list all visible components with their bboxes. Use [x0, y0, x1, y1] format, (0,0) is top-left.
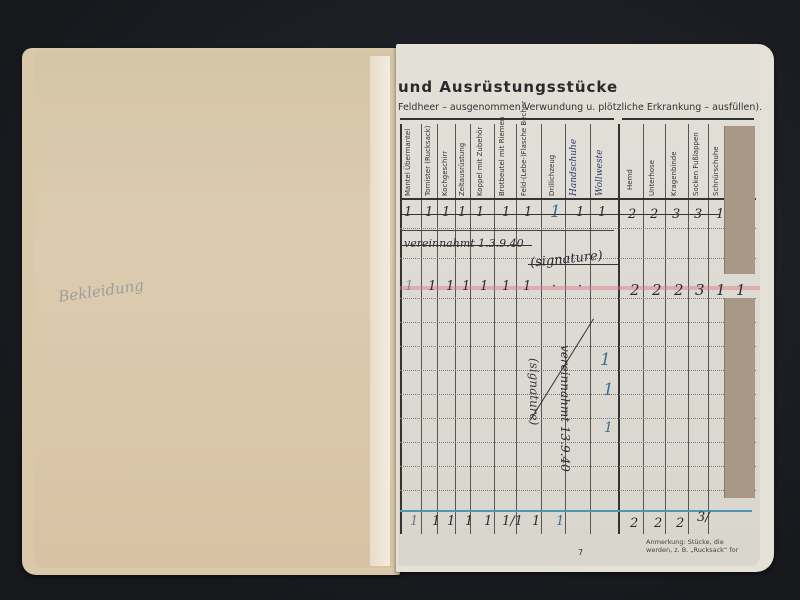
grid-row-line [400, 490, 756, 491]
grid-col [618, 124, 620, 534]
grid-row-line [400, 442, 756, 443]
ledger-row-2-note: vereinnahmt 1.3.9.40 [404, 237, 524, 250]
col-header: Brotbeutel mit Riemen [498, 128, 506, 196]
blue-mark: 1 [600, 350, 611, 370]
page-subtitle: Feldheer – ausgenommen Verwundung u. plö… [398, 102, 762, 113]
cell: · [552, 279, 556, 294]
col-header: Socken Fußlappen [692, 128, 700, 196]
col-header: Tornister (Rucksack) [424, 128, 432, 196]
cell: 1 [462, 279, 470, 294]
col-header: Schnürschuhe [712, 128, 720, 196]
grid-col [494, 124, 495, 534]
footnote: Anmerkung: Stücke, die werden, z. B. „Ru… [646, 538, 738, 554]
pasted-tab-lower [724, 298, 755, 498]
grid-row-line [400, 394, 756, 395]
cell: 3 [695, 281, 705, 299]
grid-col [565, 124, 566, 534]
cell: 2 [652, 281, 662, 299]
cell: 1 [523, 279, 531, 294]
cell: 1 [410, 514, 418, 529]
grid-col [590, 124, 591, 534]
cell: 1 [476, 205, 484, 220]
col-header-handwritten: Wollweste [596, 128, 604, 196]
strike-line [402, 245, 532, 246]
cell: 1 [484, 514, 492, 529]
col-header: Koppel mit Zubehör [476, 128, 484, 196]
cell: 2 [654, 516, 662, 531]
grid-col [643, 124, 644, 534]
page-number: 7 [578, 548, 583, 557]
cell: 1/1 [502, 514, 523, 529]
cell: · [578, 279, 582, 294]
left-page-edge [370, 56, 390, 566]
grid-col [455, 124, 456, 534]
strike-line [528, 264, 620, 265]
blue-mark: 1 [603, 380, 614, 400]
cell: 2 [630, 516, 638, 531]
cell: 1 [550, 202, 561, 222]
grid-col [688, 124, 689, 534]
cell: 1 [446, 279, 454, 294]
cell: 1 [432, 514, 440, 529]
cell: 1 [404, 205, 412, 220]
grid-row-line [400, 418, 756, 419]
grid-col [400, 124, 402, 534]
cell: 1 [428, 279, 436, 294]
col-header: Zeltausrüstung [458, 128, 466, 196]
pasted-tab-upper [724, 126, 755, 274]
cell: 1 [405, 279, 413, 294]
col-header: Unterhose [648, 128, 656, 196]
cell: 1 [425, 205, 433, 220]
left-page [34, 52, 392, 568]
cell: 1 [598, 205, 606, 220]
cell: 1 [556, 514, 564, 529]
footnote-line-2: werden, z. B. „Rucksack“ for [646, 546, 738, 554]
cell: 1 [442, 205, 450, 220]
col-header: Drillichzeug [548, 128, 556, 196]
cell: 1 [458, 205, 466, 220]
vertical-annotation-signature: (signature) [527, 358, 541, 425]
cell: 1 [532, 514, 540, 529]
grid-col [516, 124, 517, 534]
cell: 1 [576, 205, 584, 220]
cell: 3/ [697, 510, 710, 525]
cell: 2 [676, 516, 684, 531]
footnote-line-1: Anmerkung: Stücke, die [646, 538, 738, 546]
col-header-handwritten: Handschuhe [570, 128, 578, 196]
cell: 1 [716, 281, 726, 299]
strike-line [400, 214, 720, 215]
cell: 2 [674, 281, 684, 299]
grid-col [437, 124, 438, 534]
header-rule-left [400, 118, 614, 120]
right-page [398, 48, 760, 566]
grid-col [708, 124, 709, 534]
col-header: Mantel Übermantel [404, 128, 412, 196]
grid-row-line [400, 230, 614, 231]
col-header: Feld-(Lebe-)Flasche Becher [520, 128, 528, 196]
cell: 1 [447, 514, 455, 529]
grid-row-line [400, 322, 756, 323]
cell: 1 [502, 279, 510, 294]
cell: 1 [502, 205, 510, 220]
grid-row-line [400, 466, 756, 467]
cell: 1 [465, 514, 473, 529]
cell: 1 [480, 279, 488, 294]
grid-col [470, 124, 471, 534]
cell: 1 [736, 281, 746, 299]
col-header: Kragenbinde [670, 128, 678, 196]
grid-col [421, 124, 422, 534]
grid-col [665, 124, 666, 534]
cell: 2 [630, 281, 640, 299]
cell: 1 [524, 205, 532, 220]
header-bottom-rule [400, 198, 756, 200]
grid-col [541, 124, 542, 534]
blue-mark: 1 [604, 420, 613, 436]
col-header: Kochgeschirr [441, 128, 449, 196]
col-header: Hemd [626, 150, 634, 190]
grid-row-line [400, 346, 756, 347]
page-title: und Ausrüstungsstücke [398, 78, 618, 96]
header-rule-right [622, 118, 754, 120]
grid-row-line [400, 228, 756, 229]
grid-row-line [400, 370, 756, 371]
